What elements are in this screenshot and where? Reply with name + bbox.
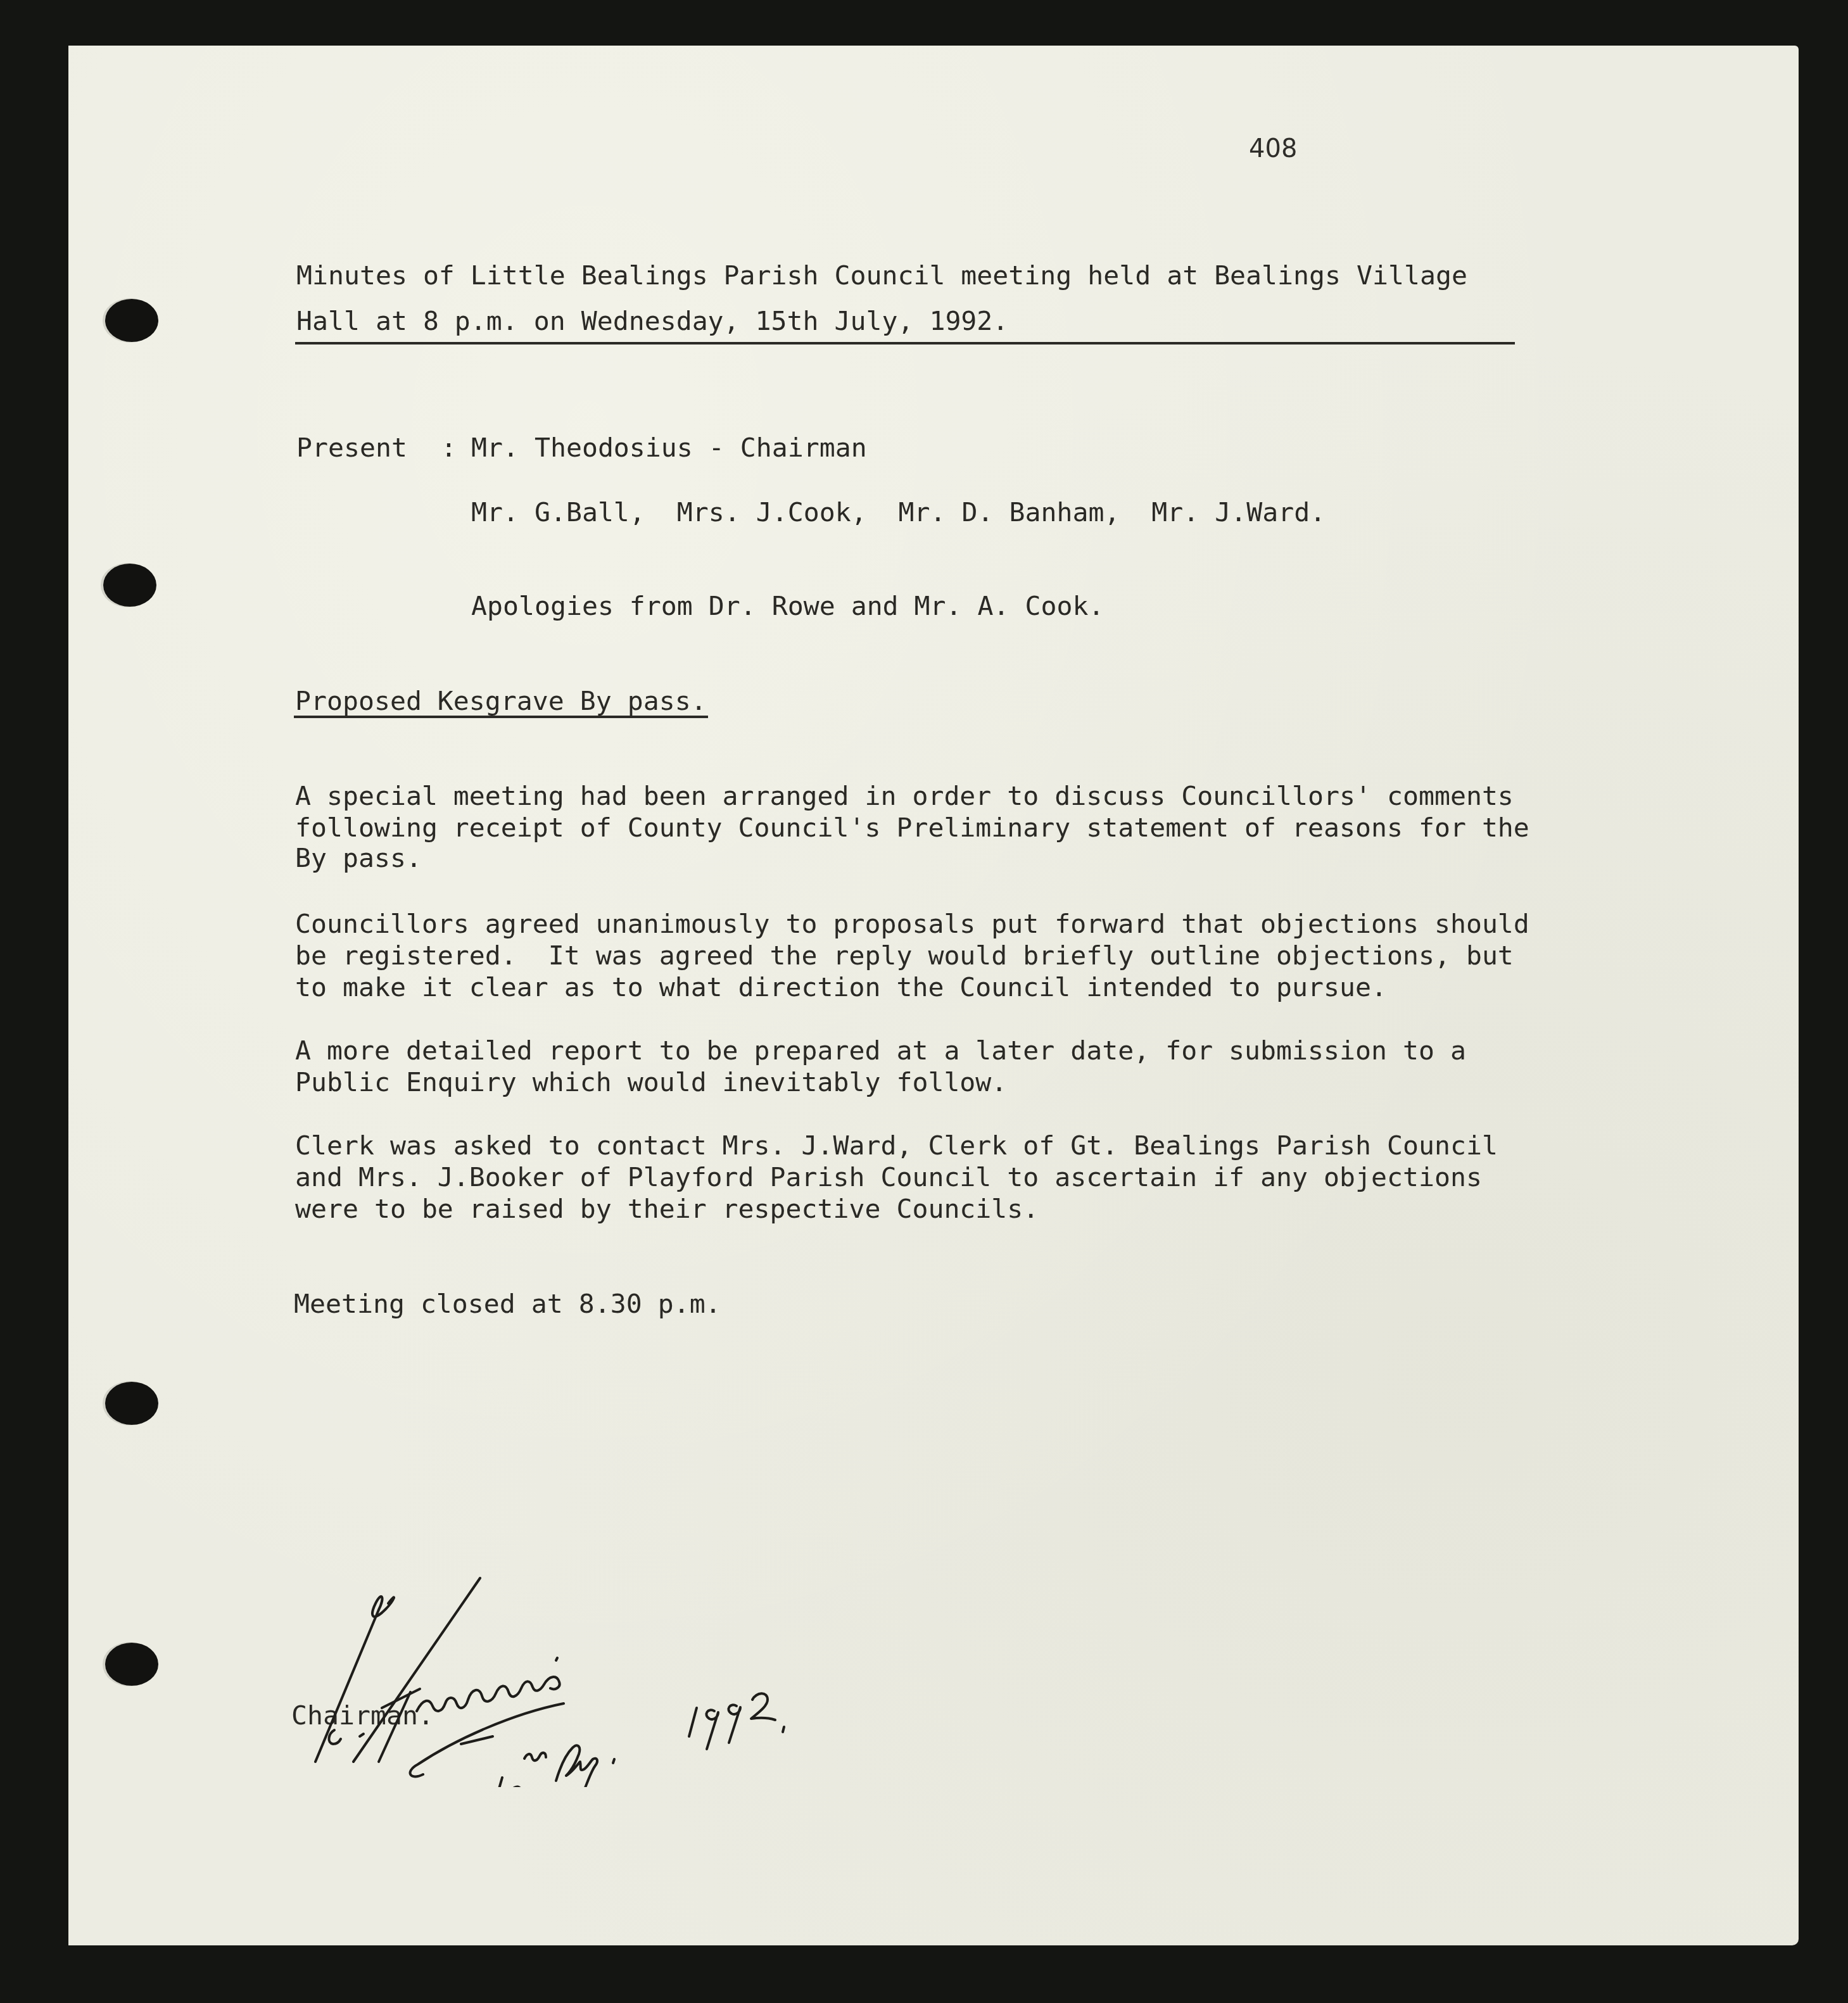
present-separator: : xyxy=(441,432,457,464)
paragraph-line: Public Enquiry which would inevitably fo… xyxy=(295,1066,1007,1098)
paragraph-line: Clerk was asked to contact Mrs. J.Ward, … xyxy=(295,1130,1498,1161)
section-heading: Proposed Kesgrave By pass. xyxy=(295,685,707,717)
paragraph-line: were to be raised by their respective Co… xyxy=(295,1193,1039,1225)
apologies: Apologies from Dr. Rowe and Mr. A. Cook. xyxy=(471,590,1104,622)
punch-hole xyxy=(105,1382,158,1425)
handwritten-signature xyxy=(258,1521,892,1787)
paragraph-line: to make it clear as to what direction th… xyxy=(295,971,1387,1003)
paragraph-line: and Mrs. J.Booker of Playford Parish Cou… xyxy=(295,1161,1482,1193)
document-page: 408 Minutes of Little Bealings Parish Co… xyxy=(68,46,1799,1945)
punch-hole xyxy=(103,564,156,607)
punch-hole xyxy=(105,1643,158,1686)
section-heading-underline xyxy=(294,716,708,718)
title-underline xyxy=(295,342,1515,344)
page-number: 408 xyxy=(1249,134,1297,163)
paragraph-line: By pass. xyxy=(295,842,422,874)
present-label: Present xyxy=(296,432,407,464)
members-present: Mr. G.Ball, Mrs. J.Cook, Mr. D. Banham, … xyxy=(471,496,1326,528)
paragraph-line: be registered. It was agreed the reply w… xyxy=(295,940,1514,971)
paragraph-line: A more detailed report to be prepared at… xyxy=(295,1035,1466,1066)
chairman-present: Mr. Theodosius - Chairman xyxy=(471,432,867,464)
paragraph-line: following receipt of County Council's Pr… xyxy=(295,812,1529,844)
paragraph-line: Councillors agreed unanimously to propos… xyxy=(295,908,1529,940)
punch-hole xyxy=(105,299,158,342)
title-line-1: Minutes of Little Bealings Parish Counci… xyxy=(296,260,1467,291)
meeting-closed: Meeting closed at 8.30 p.m. xyxy=(294,1288,721,1320)
title-line-2: Hall at 8 p.m. on Wednesday, 15th July, … xyxy=(296,305,1008,337)
paragraph-line: A special meeting had been arranged in o… xyxy=(295,780,1514,812)
